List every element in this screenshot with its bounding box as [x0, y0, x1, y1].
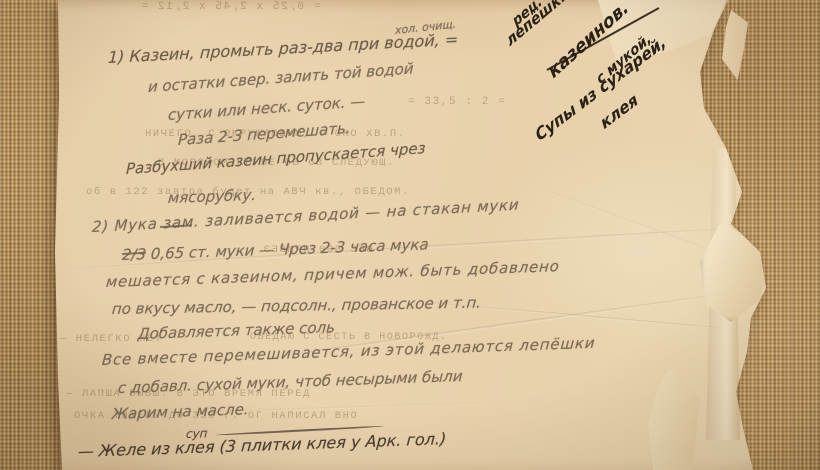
- photo-of-document: = 0,25 x 2,45 x 2,12 = = 33,5 : 2 = НИЧЕ…: [0, 0, 820, 470]
- handwritten-line: Разбухший казеин пропускается чрез: [126, 139, 426, 178]
- handwritten-line: Раза 2-3 перемешать.: [178, 119, 351, 149]
- handwritten-line: 2) Мука зам. заливается водой — на стака…: [92, 196, 520, 236]
- torn-paper-flap: [700, 222, 768, 322]
- typed-line: = 0,25 x 2,45 x 2,12 =: [140, 1, 320, 13]
- ink-annotation: лепёшк.: [503, 0, 568, 50]
- handwritten-line: мясорубку.: [167, 186, 256, 207]
- paper-sheet: = 0,25 x 2,45 x 2,12 = = 33,5 : 2 = НИЧЕ…: [0, 0, 820, 470]
- torn-paper-flap: [648, 368, 700, 470]
- typed-line: = 33,5 : 2 =: [408, 96, 506, 108]
- handwritten-line: по вкусу масло, — подсолн., прованское и…: [111, 294, 482, 318]
- ink-annotation: Супы из сухарей,: [532, 32, 669, 145]
- handwritten-line: 2/3 0,65 ст. муки — Чрез 2-3 часа мука: [121, 235, 429, 264]
- document-paper: = 0,25 x 2,45 x 2,12 = = 33,5 : 2 = НИЧЕ…: [0, 0, 820, 470]
- handwritten-line: — Желе из клея (3 плитки клея у Арк. гол…: [77, 429, 447, 461]
- handwritten-line: и остатки свер. залить той водой: [148, 59, 414, 96]
